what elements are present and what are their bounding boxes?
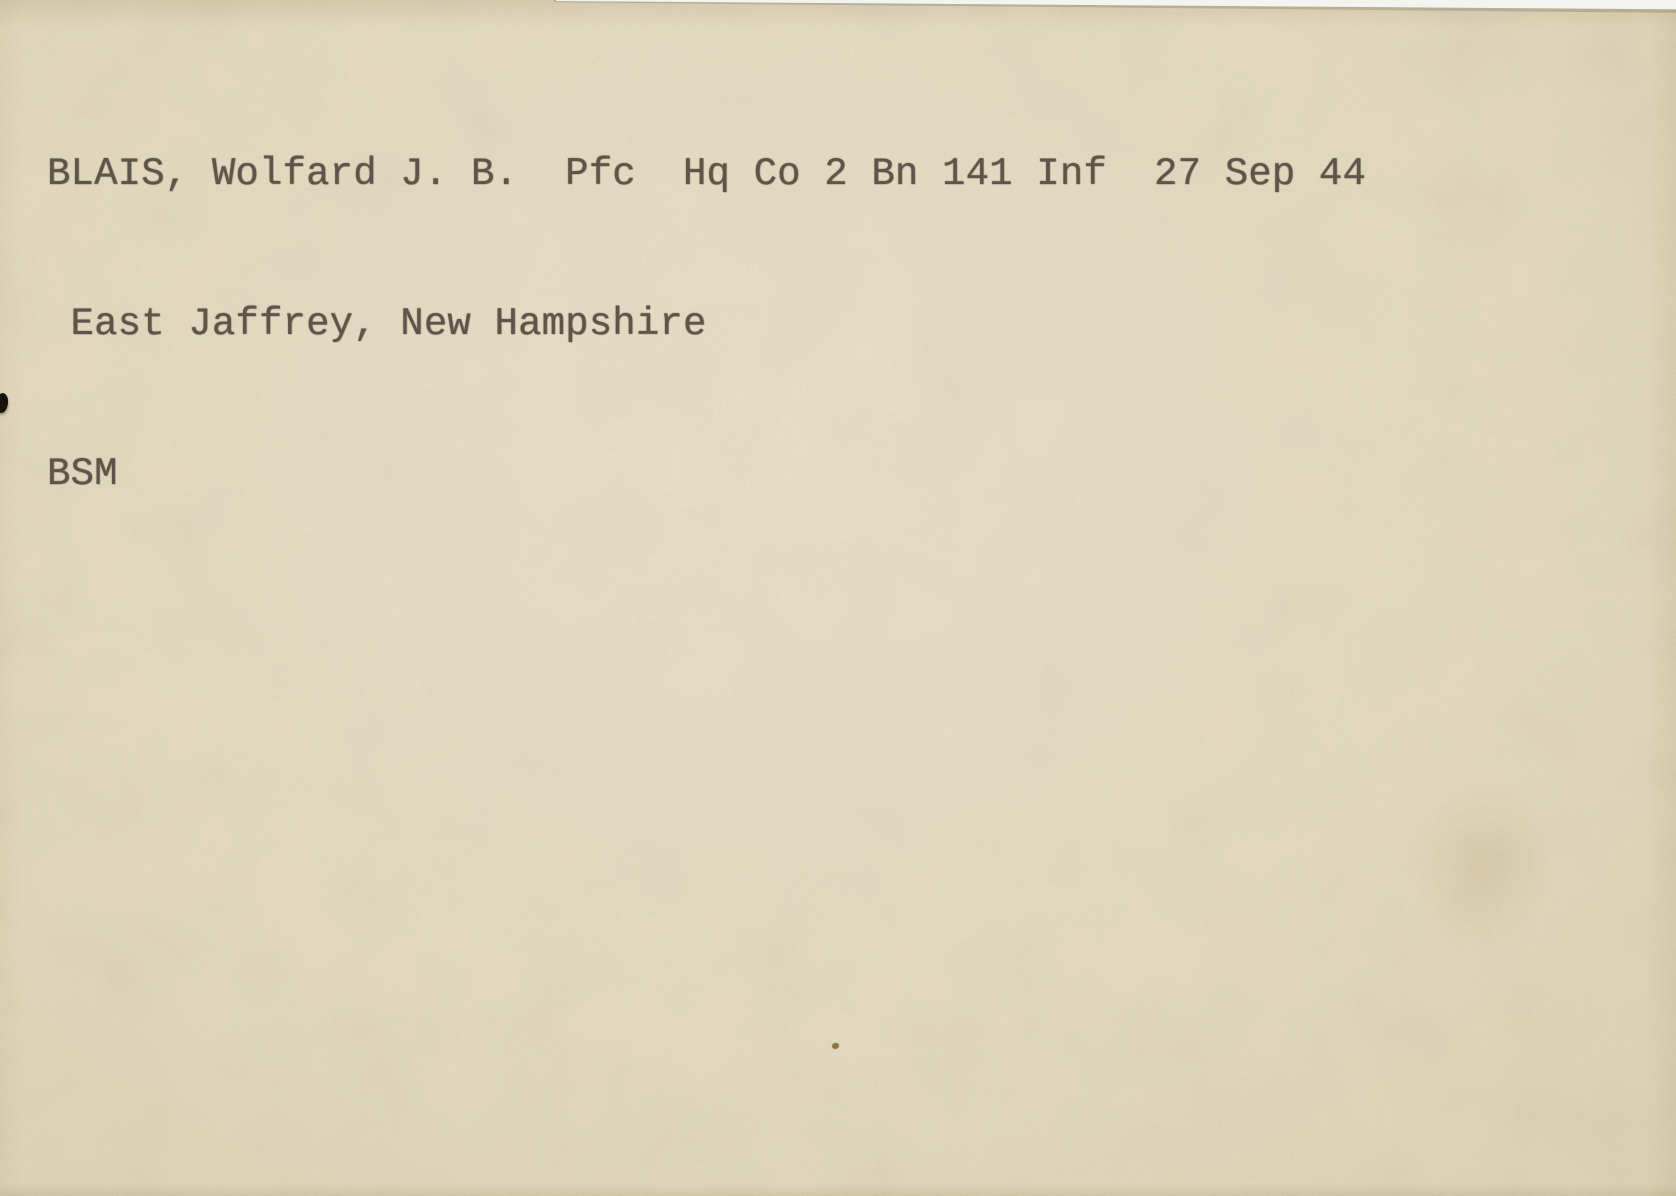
soldier-line: BLAIS, Wolfard J. B. Pfc Hq Co 2 Bn 141 … xyxy=(47,149,1366,199)
residence-line: East Jaffrey, New Hampshire xyxy=(47,299,1366,349)
paper-stain xyxy=(1412,780,1552,950)
award-line: BSM xyxy=(47,449,1366,499)
small-speck xyxy=(832,1043,839,1049)
scanned-index-card: BLAIS, Wolfard J. B. Pfc Hq Co 2 Bn 141 … xyxy=(0,0,1676,1196)
typed-text-block: BLAIS, Wolfard J. B. Pfc Hq Co 2 Bn 141 … xyxy=(47,49,1366,599)
ink-speck xyxy=(0,392,10,414)
